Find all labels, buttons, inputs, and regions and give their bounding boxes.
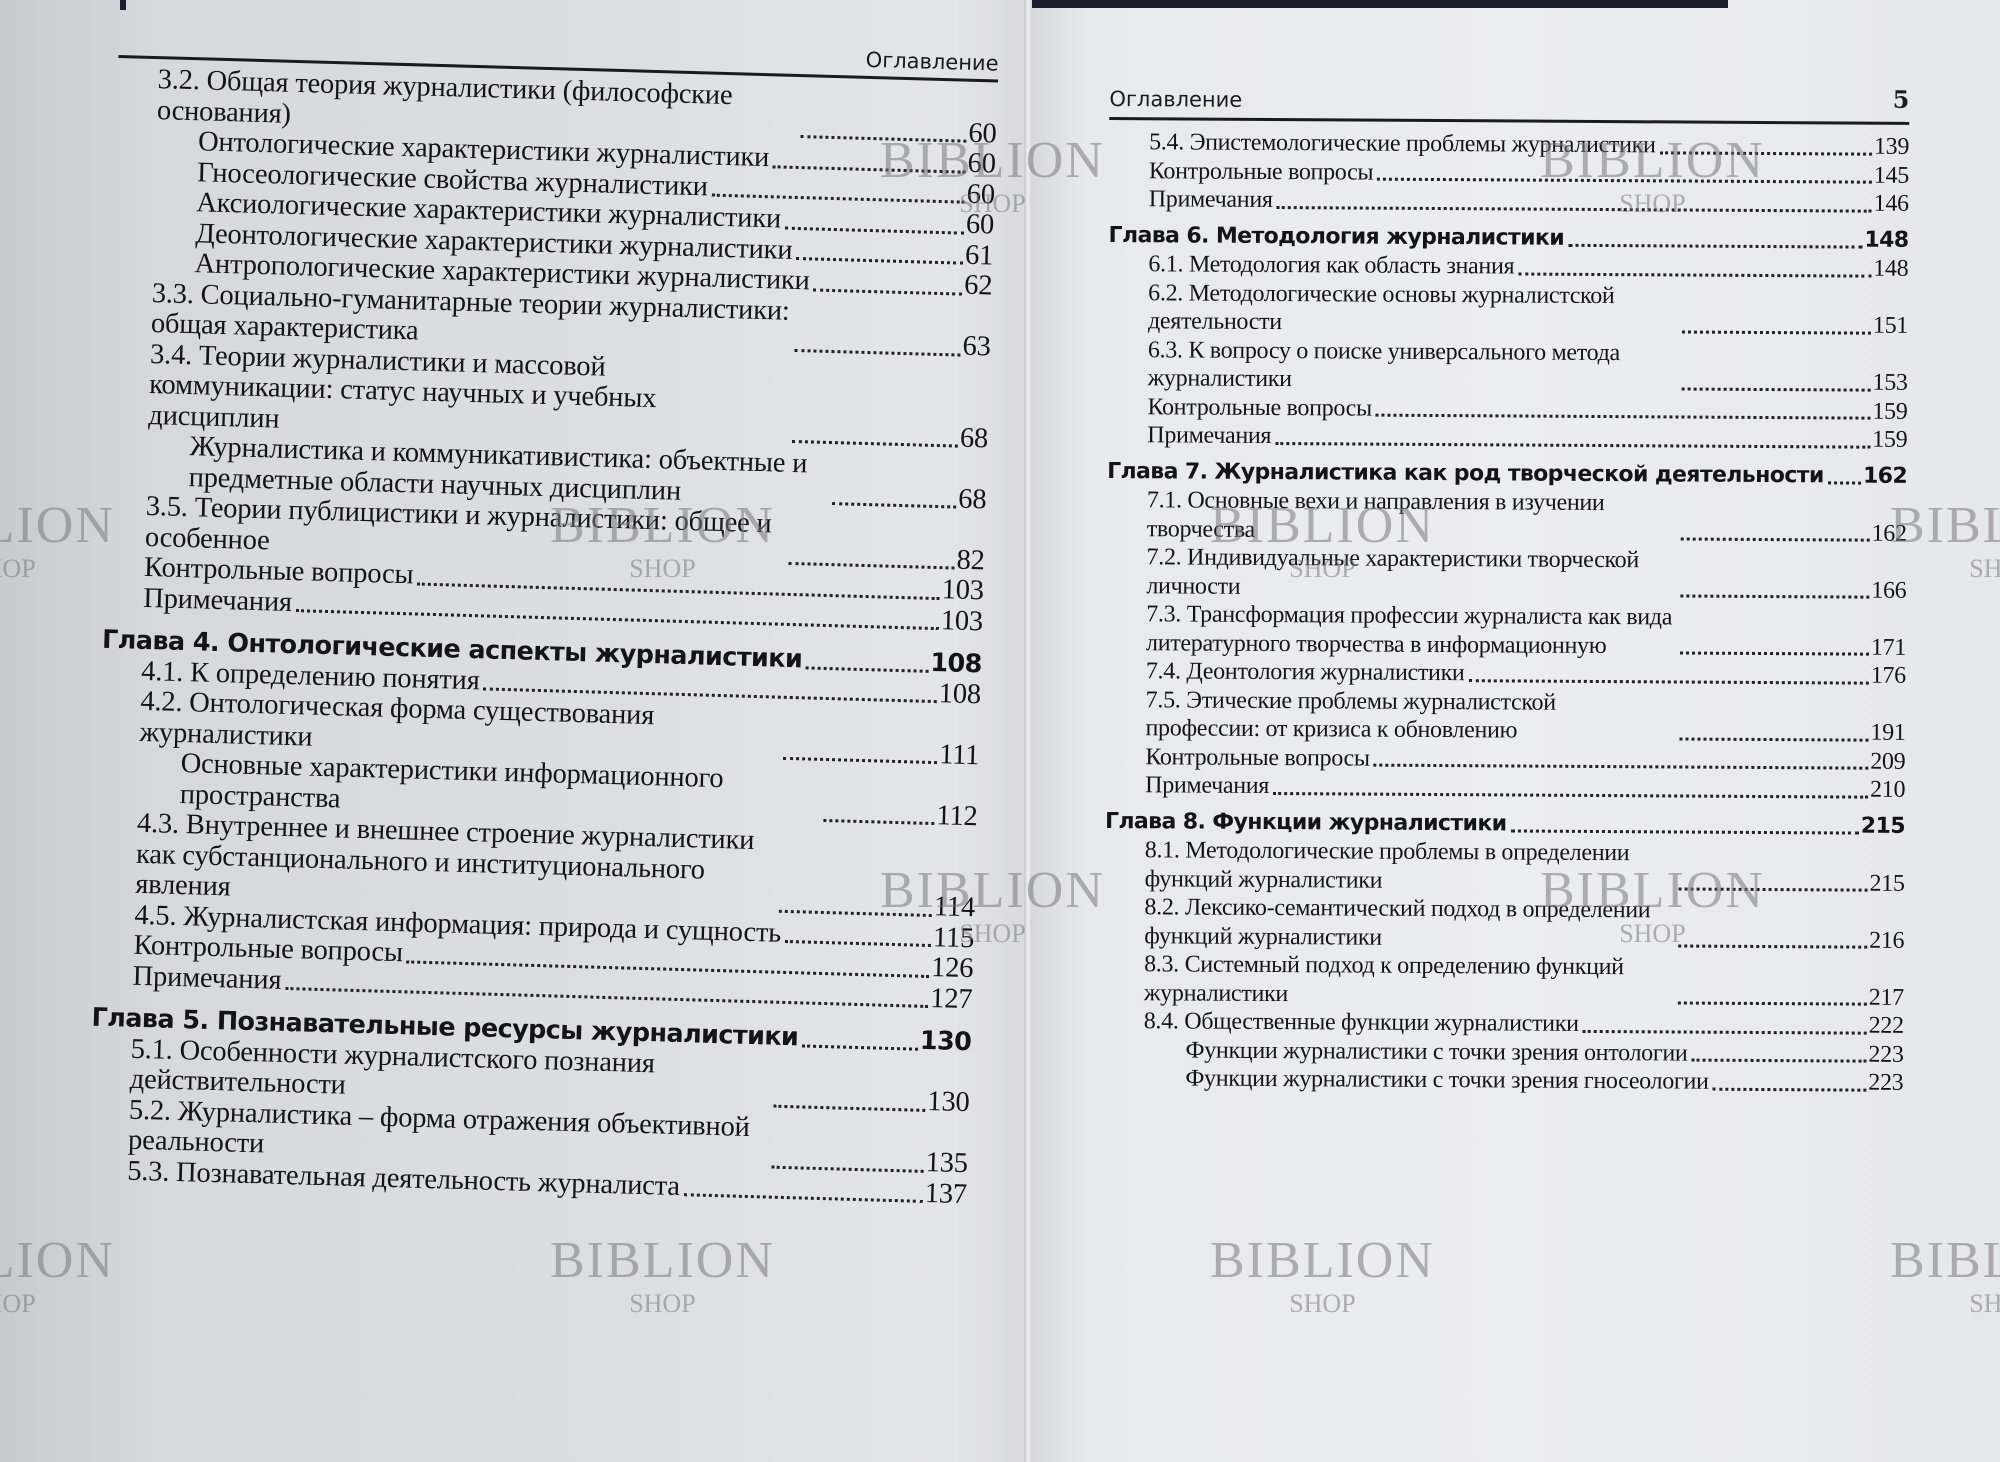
toc-entry-title: Глава 7. Журналистика как род творческой…	[1107, 457, 1824, 490]
toc-page-number: 171	[1871, 633, 1906, 662]
toc-page-number: 146	[1874, 190, 1909, 219]
dot-leader	[1376, 414, 1871, 420]
toc-entry[interactable]: 7.1. Основные вехи и направления в изуче…	[1107, 486, 1907, 548]
toc-page-number: 62	[964, 271, 993, 302]
dot-leader	[683, 1193, 922, 1203]
toc-entry[interactable]: 8.3. Системный подход к определению функ…	[1104, 950, 1904, 1012]
toc-page-number: 162	[1863, 462, 1907, 491]
toc-page-number: 145	[1874, 161, 1909, 190]
toc-page-number: 60	[968, 118, 997, 149]
dot-leader	[1273, 792, 1868, 799]
toc-page-number: 108	[938, 679, 981, 711]
toc-entry[interactable]: 7.2. Индивидуальные характеристики творч…	[1106, 543, 1906, 605]
toc-page-number: 222	[1869, 1012, 1904, 1041]
dot-leader	[806, 666, 928, 672]
dot-leader	[296, 609, 939, 630]
dot-leader	[1678, 944, 1867, 948]
running-head-title: Оглавление	[865, 48, 998, 76]
dot-leader	[1660, 151, 1872, 155]
toc-entry-title: 7.5. Этические проблемы журналистской пр…	[1145, 686, 1675, 746]
book-spine	[1024, 0, 1032, 1462]
toc-page-number: 60	[967, 149, 996, 180]
running-head-right: Оглавление 5	[1109, 30, 1910, 125]
toc-page-number: 209	[1870, 747, 1905, 776]
toc-entry[interactable]: 6.3. К вопросу о поиске универсального м…	[1108, 335, 1908, 397]
dot-leader	[1583, 1029, 1867, 1034]
toc-page-number: 68	[960, 423, 989, 454]
toc-page-number: 114	[933, 892, 975, 924]
dot-leader	[1680, 651, 1869, 655]
dot-leader	[1679, 737, 1868, 741]
toc-page-number: 68	[958, 484, 987, 515]
dot-leader	[779, 909, 932, 916]
dot-leader	[1681, 537, 1870, 541]
dot-leader	[1374, 764, 1869, 770]
dot-leader	[1275, 442, 1870, 449]
dot-leader	[1510, 829, 1858, 834]
dot-leader	[1568, 244, 1862, 249]
toc-page-number: 82	[956, 545, 985, 576]
toc-entry[interactable]: Примечания210	[1105, 771, 1905, 804]
toc-entry-title: 7.2. Индивидуальные характеристики творч…	[1146, 543, 1676, 603]
left-page: Оглавление 3.2. Общая теория журналистик…	[0, 0, 1028, 1462]
toc-page-number: 162	[1872, 519, 1907, 548]
dot-leader	[794, 348, 960, 356]
dot-leader	[1518, 272, 1871, 277]
toc-entry[interactable]: Примечания159	[1107, 421, 1907, 454]
toc-entry[interactable]: 6.2. Методологические основы журналистск…	[1108, 278, 1908, 340]
toc-page-number: 60	[966, 179, 995, 210]
dot-leader	[785, 226, 964, 234]
toc-entry-title: Примечания	[1147, 421, 1271, 450]
toc-page-number: 115	[933, 923, 975, 955]
toc-entry[interactable]: Функции журналистики с точки зрения гнос…	[1103, 1064, 1903, 1097]
toc-entry-title: Функции журналистики с точки зрения гнос…	[1185, 1064, 1708, 1096]
toc-entry-title: 8.2. Лексико-семантический подход в опре…	[1144, 893, 1674, 953]
toc-entry-title: 8.4. Общественные функции журналистики	[1144, 1007, 1579, 1038]
dot-leader	[800, 135, 966, 143]
dot-leader	[1828, 481, 1861, 484]
toc-page-number: 126	[931, 953, 974, 985]
toc-page-number: 139	[1874, 133, 1909, 162]
toc-entry[interactable]: 7.5. Этические проблемы журналистской пр…	[1105, 685, 1905, 747]
dot-leader	[1680, 594, 1869, 598]
book-spread: Оглавление 3.2. Общая теория журналистик…	[0, 0, 2000, 1462]
running-head-title: Оглавление	[1109, 87, 1242, 112]
toc-entry-title: Контрольные вопросы	[1149, 157, 1374, 187]
dot-leader	[773, 165, 966, 173]
dot-leader	[832, 502, 956, 508]
dot-leader	[772, 1165, 924, 1172]
toc-entry-title: 7.4. Деонтология журналистики	[1146, 657, 1465, 687]
dot-leader	[1713, 1087, 1867, 1091]
toc-page-number: 159	[1872, 426, 1907, 455]
dot-leader	[1277, 206, 1872, 213]
dot-leader	[788, 562, 954, 570]
toc-page-number: 217	[1869, 983, 1904, 1012]
toc-entry-title: Примечания	[143, 583, 292, 618]
toc-entry-title: Контрольные вопросы	[1145, 743, 1370, 773]
toc-page-number: 103	[941, 575, 984, 607]
toc-page-number: 176	[1871, 662, 1906, 691]
dot-leader	[1468, 679, 1868, 684]
toc-entry-title: 7.3. Трансформация профессии журналиста …	[1146, 600, 1676, 660]
toc-page-number: 112	[936, 801, 978, 833]
toc-entry-title: Глава 8. Функции журналистики	[1105, 807, 1507, 838]
toc-page-number: 127	[930, 984, 973, 1016]
toc-entry-title: 6.3. К вопросу о поиске универсального м…	[1148, 336, 1678, 396]
toc-page-number: 108	[930, 648, 982, 680]
toc-entry[interactable]: 8.2. Лексико-семантический подход в опре…	[1104, 893, 1904, 955]
toc-page-number: 111	[939, 740, 980, 772]
dot-leader	[1679, 887, 1868, 891]
dot-leader	[823, 819, 934, 825]
toc-page-number: 153	[1872, 369, 1907, 398]
dot-leader	[796, 257, 963, 265]
toc-page-number: 223	[1868, 1069, 1903, 1098]
dot-leader	[792, 440, 958, 448]
toc-entry-title: 7.1. Основные вехи и направления в изуче…	[1147, 486, 1677, 546]
dot-leader	[783, 757, 937, 764]
toc-page-number: 215	[1869, 869, 1904, 898]
dot-leader	[813, 288, 962, 295]
dot-leader	[1377, 178, 1872, 184]
table-of-contents-right: 5.4. Эпистемологические проблемы журнали…	[1103, 128, 1909, 1097]
toc-entry-title: 8.3. Системный подход к определению функ…	[1144, 950, 1674, 1010]
toc-entry-title: Примечания	[132, 961, 281, 996]
toc-page-number: 103	[940, 606, 983, 638]
dot-leader	[285, 987, 928, 1008]
toc-entry-title: 6.1. Методология как область знания	[1148, 250, 1514, 281]
left-page-content: Оглавление 3.2. Общая теория журналистик…	[87, 0, 1000, 1210]
toc-entry-title: 8.1. Методологические проблемы в определ…	[1145, 836, 1675, 896]
toc-entry-title: Глава 6. Методология журналистики	[1108, 221, 1564, 252]
toc-entry-title: 5.4. Эпистемологические проблемы журнали…	[1149, 128, 1656, 160]
toc-page-number: 151	[1873, 312, 1908, 341]
toc-page-number: 61	[965, 240, 994, 271]
table-of-contents-left: 3.2. Общая теория журналистики (философс…	[87, 64, 998, 1210]
toc-entry[interactable]: 7.3. Трансформация профессии журналиста …	[1106, 600, 1906, 662]
toc-page-number: 60	[966, 210, 995, 241]
dot-leader	[773, 1104, 925, 1111]
dot-leader	[802, 1044, 918, 1050]
toc-entry-title: 6.2. Методологические основы журналистск…	[1148, 279, 1678, 339]
toc-entry[interactable]: 8.1. Методологические проблемы в определ…	[1105, 836, 1905, 898]
toc-page-number: 135	[925, 1148, 968, 1180]
dot-leader	[1682, 330, 1871, 334]
dot-leader	[1678, 1001, 1867, 1005]
toc-entry-title: Примечания	[1145, 771, 1269, 800]
toc-page-number: 130	[927, 1087, 970, 1119]
toc-page-number: 166	[1871, 576, 1906, 605]
toc-entry[interactable]: Примечания146	[1109, 185, 1909, 218]
page-number: 5	[1893, 85, 1910, 114]
toc-page-number: 137	[924, 1178, 967, 1210]
dot-leader	[1682, 387, 1871, 391]
toc-page-number: 223	[1868, 1040, 1903, 1069]
toc-page-number: 216	[1869, 926, 1904, 955]
toc-page-number: 63	[962, 332, 991, 363]
toc-page-number: 210	[1870, 776, 1905, 805]
toc-page-number: 148	[1864, 226, 1908, 255]
toc-page-number: 130	[919, 1026, 971, 1058]
toc-page-number: 159	[1872, 397, 1907, 426]
toc-page-number: 215	[1861, 812, 1905, 841]
toc-entry-title: Примечания	[1149, 185, 1273, 214]
toc-entry-title: Контрольные вопросы	[1147, 393, 1372, 423]
dot-leader	[1691, 1059, 1866, 1063]
toc-page-number: 191	[1870, 719, 1905, 748]
toc-entry-title: Функции журналистики с точки зрения онто…	[1185, 1036, 1687, 1068]
toc-page-number: 148	[1873, 255, 1908, 284]
right-page-content: Оглавление 5 5.4. Эпистемологические про…	[1103, 0, 1910, 1097]
dot-leader	[785, 940, 931, 947]
